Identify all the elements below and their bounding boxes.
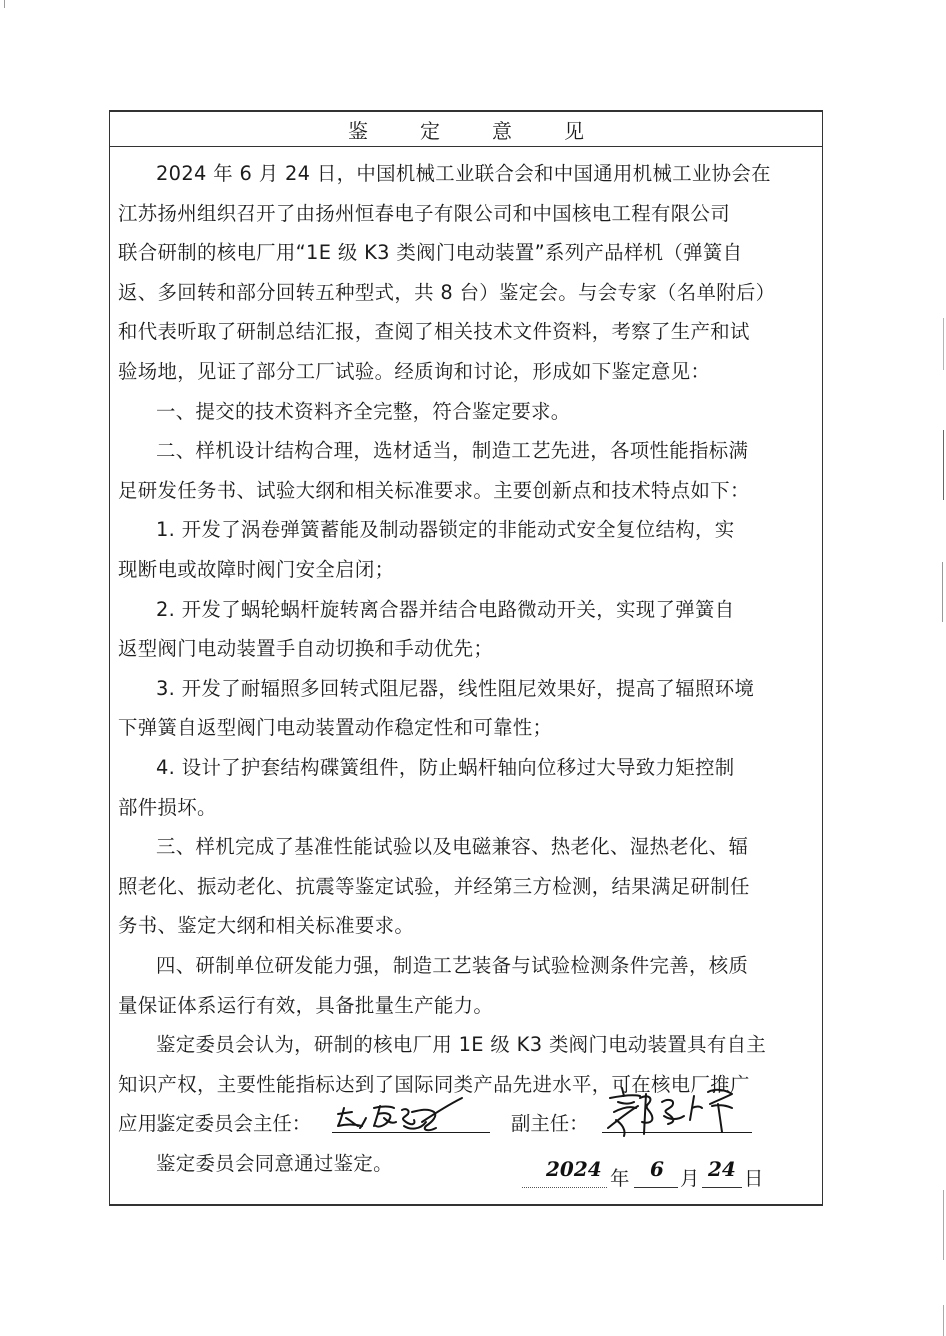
appraisal-opinion-form: 鉴定意见 2024 年 6 月 24 日，中国机械工业联合会和中国通用机械工业协… [109,110,823,1206]
day-handwritten: 24 [708,1157,736,1181]
scan-artifact-right-3 [942,562,943,622]
opinion-line: 现断电或故障时阀门安全启闭； [118,558,394,582]
scan-artifact-right-4 [943,1190,944,1260]
chair-signature [334,1096,494,1136]
vice-chair-signature [604,1084,764,1142]
year-handwritten: 2024 [546,1157,602,1181]
opinion-line: 江苏扬州组织召开了由扬州恒春电子有限公司和中国核电工程有限公司 [118,202,730,226]
month-handwritten: 6 [650,1157,664,1181]
form-header: 鉴定意见 [110,112,822,147]
month-underline [634,1187,678,1188]
date-row: 2024 年 6 月 24 日 [522,1157,822,1193]
year-unit: 年 [610,1163,629,1191]
opinion-line: 三、样机完成了基准性能试验以及电磁兼容、热老化、湿热老化、辐 [156,835,748,859]
opinion-line: 下弹簧自返型阀门电动装置动作稳定性和可靠性； [118,716,552,740]
opinion-line: 和代表听取了研制总结汇报，查阅了相关技术文件资料，考察了生产和试 [118,320,750,344]
month-unit: 月 [680,1163,699,1191]
opinion-line: 鉴定委员会认为，研制的核电厂用 1E 级 K3 类阀门电动装置具有自主 [156,1033,766,1057]
year-underline [522,1187,607,1188]
opinion-line: 4. 设计了护套结构碟簧组件，防止蜗杆轴向位移过大导致力矩控制 [156,756,734,780]
opinion-line: 3. 开发了耐辐照多回转式阻尼器，线性阻尼效果好，提高了辐照环境 [156,677,754,701]
opinion-line: 2. 开发了蜗轮蜗杆旋转离合器并结合电路微动开关，实现了弹簧自 [156,598,734,622]
scanned-page: 鉴定意见 2024 年 6 月 24 日，中国机械工业联合会和中国通用机械工业协… [0,0,946,1336]
opinion-line: 验场地，见证了部分工厂试验。经质询和讨论，形成如下鉴定意见： [118,360,710,384]
opinion-line: 一、提交的技术资料齐全完整，符合鉴定要求。 [156,400,571,424]
opinion-line: 务书、鉴定大纲和相关标准要求。 [118,914,414,938]
opinion-line: 四、研制单位研发能力强，制造工艺装备与试验检测条件完善，核质 [156,954,748,978]
opinion-line: 2024 年 6 月 24 日，中国机械工业联合会和中国通用机械工业协会在 [156,162,771,186]
opinion-line: 量保证体系运行有效，具备批量生产能力。 [118,994,493,1018]
day-underline [702,1187,742,1188]
opinion-line: 鉴定委员会同意通过鉴定。 [156,1152,393,1176]
opinion-line: 二、样机设计结构合理，选材适当，制造工艺先进，各项性能指标满 [156,439,748,463]
opinion-line: 1. 开发了涡卷弹簧蓄能及制动器锁定的非能动式安全复位结构，实 [156,518,734,542]
scan-artifact-left [4,0,5,8]
signature-row: 鉴定委员会主任： 副主任： [156,1102,816,1142]
opinion-line: 返型阀门电动装置手自动切换和手动优先； [118,637,493,661]
day-unit: 日 [744,1163,763,1191]
form-title: 鉴定意见 [348,115,636,144]
opinion-line: 照老化、振动老化、抗震等鉴定试验，并经第三方检测，结果满足研制任 [118,875,750,899]
opinion-line: 足研发任务书、试验大纲和相关标准要求。主要创新点和技术特点如下： [118,479,750,503]
opinion-line: 返、多回转和部分回转五种型式，共 8 台）鉴定会。与会专家（名单附后） [118,281,775,305]
scan-artifact-right-2 [943,430,944,500]
scan-artifact-right-5 [943,1305,944,1336]
vice-chair-label: 副主任： [511,1108,589,1136]
opinion-line: 部件损坏。 [118,796,217,820]
chair-label: 鉴定委员会主任： [156,1108,311,1136]
opinion-line: 联合研制的核电厂用“1E 级 K3 类阀门电动装置”系列产品样机（弹簧自 [118,241,742,265]
scan-artifact-right-1 [943,318,944,370]
